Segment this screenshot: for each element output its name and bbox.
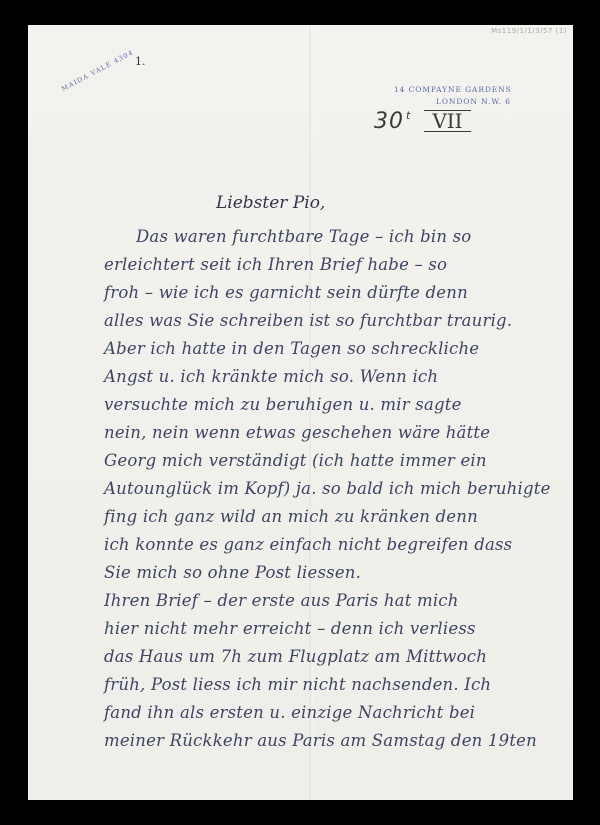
letter-body: Das waren furchtbare Tage – ich bin so e… bbox=[104, 223, 574, 755]
body-line: hier nicht mehr erreicht – denn ich verl… bbox=[104, 615, 574, 643]
body-line: erleichtert seit ich Ihren Brief habe – … bbox=[104, 251, 574, 279]
body-line: versuchte mich zu beruhigen u. mir sagte bbox=[104, 391, 574, 419]
body-line: Das waren furchtbare Tage – ich bin so bbox=[104, 223, 574, 251]
address-line-1: 14 COMPAYNE GARDENS bbox=[394, 84, 512, 96]
archive-reference: Ms119/1/1/3/57 (1) bbox=[491, 27, 567, 35]
body-line: fing ich ganz wild an mich zu kränken de… bbox=[104, 503, 574, 531]
date-day-suffix: t bbox=[406, 109, 410, 122]
address-line-2: LONDON N.W. 6 bbox=[394, 96, 512, 108]
salutation: Liebster Pio, bbox=[216, 193, 325, 213]
body-line: nein, nein wenn etwas geschehen wäre hät… bbox=[104, 419, 574, 447]
body-line: Ihren Brief – der erste aus Paris hat mi… bbox=[104, 587, 574, 615]
body-line: fand ihn als ersten u. einzige Nachricht… bbox=[104, 699, 574, 727]
letter-page: Ms119/1/1/3/57 (1) 1. MAIDA VALE 4304 14… bbox=[28, 25, 573, 800]
body-line: früh, Post liess ich mir nicht nachsende… bbox=[104, 671, 574, 699]
date-month: VII bbox=[424, 110, 470, 132]
page-number: 1. bbox=[135, 55, 146, 68]
body-line: meiner Rückkehr aus Paris am Samstag den… bbox=[104, 727, 574, 755]
body-line: alles was Sie schreiben ist so furchtbar… bbox=[104, 307, 574, 335]
letterhead-address: 14 COMPAYNE GARDENS LONDON N.W. 6 bbox=[394, 84, 512, 108]
letterhead-phone: MAIDA VALE 4304 bbox=[60, 48, 135, 93]
body-line: das Haus um 7h zum Flugplatz am Mittwoch bbox=[104, 643, 574, 671]
body-line: froh – wie ich es garnicht sein dürfte d… bbox=[104, 279, 574, 307]
body-line: Aber ich hatte in den Tagen so schreckli… bbox=[104, 335, 574, 363]
body-line: Angst u. ich kränkte mich so. Wenn ich bbox=[104, 363, 574, 391]
date-day: 30 bbox=[374, 109, 404, 134]
body-line: Autounglück im Kopf) ja. so bald ich mic… bbox=[104, 475, 574, 503]
letter-date: 30tVII bbox=[374, 109, 471, 134]
body-line: Georg mich verständigt (ich hatte immer … bbox=[104, 447, 574, 475]
body-line: ich konnte es ganz einfach nicht begreif… bbox=[104, 531, 574, 559]
body-line: Sie mich so ohne Post liessen. bbox=[104, 559, 574, 587]
